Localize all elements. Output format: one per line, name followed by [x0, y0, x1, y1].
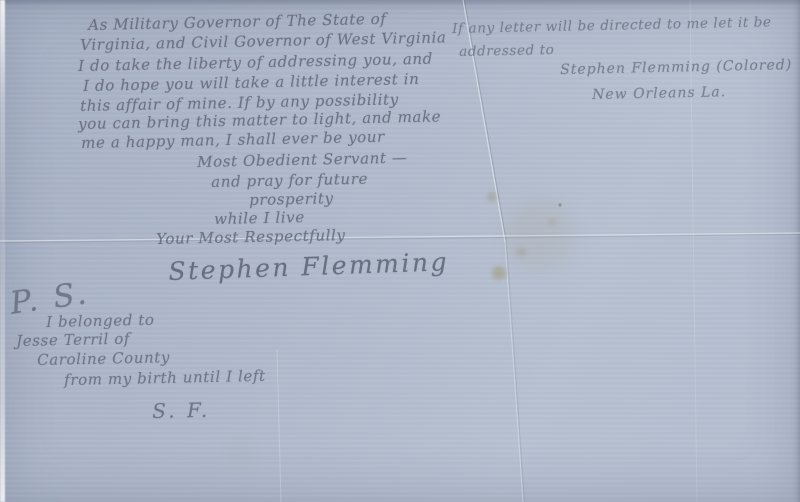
closing-line: prosperity: [249, 189, 334, 209]
note-place: New Orleans La.: [592, 84, 726, 103]
signature: Stephen Flemming: [168, 247, 449, 286]
note-line: addressed to: [459, 42, 555, 60]
postscript-line: from my birth until I left: [64, 367, 266, 389]
closing-line: while I live: [214, 208, 305, 228]
postscript-line: I belonged to: [46, 311, 155, 331]
postscript-initials: S. F.: [152, 398, 210, 423]
note-line: If any letter will be directed to me let…: [452, 14, 772, 37]
postscript-line: Jesse Terril of: [16, 330, 130, 350]
closing-line: and pray for future: [211, 170, 368, 191]
closing-line: Most Obedient Servant —: [197, 149, 408, 171]
note-addressee: Stephen Flemming (Colored): [560, 57, 792, 78]
scan-left-edge-highlight: [0, 0, 5, 502]
postscript-line: Caroline County: [37, 348, 170, 369]
closing-line: Your Most Respectfully: [156, 226, 346, 248]
letter-scan-page: As Military Governor of The State of Vir…: [0, 0, 800, 502]
